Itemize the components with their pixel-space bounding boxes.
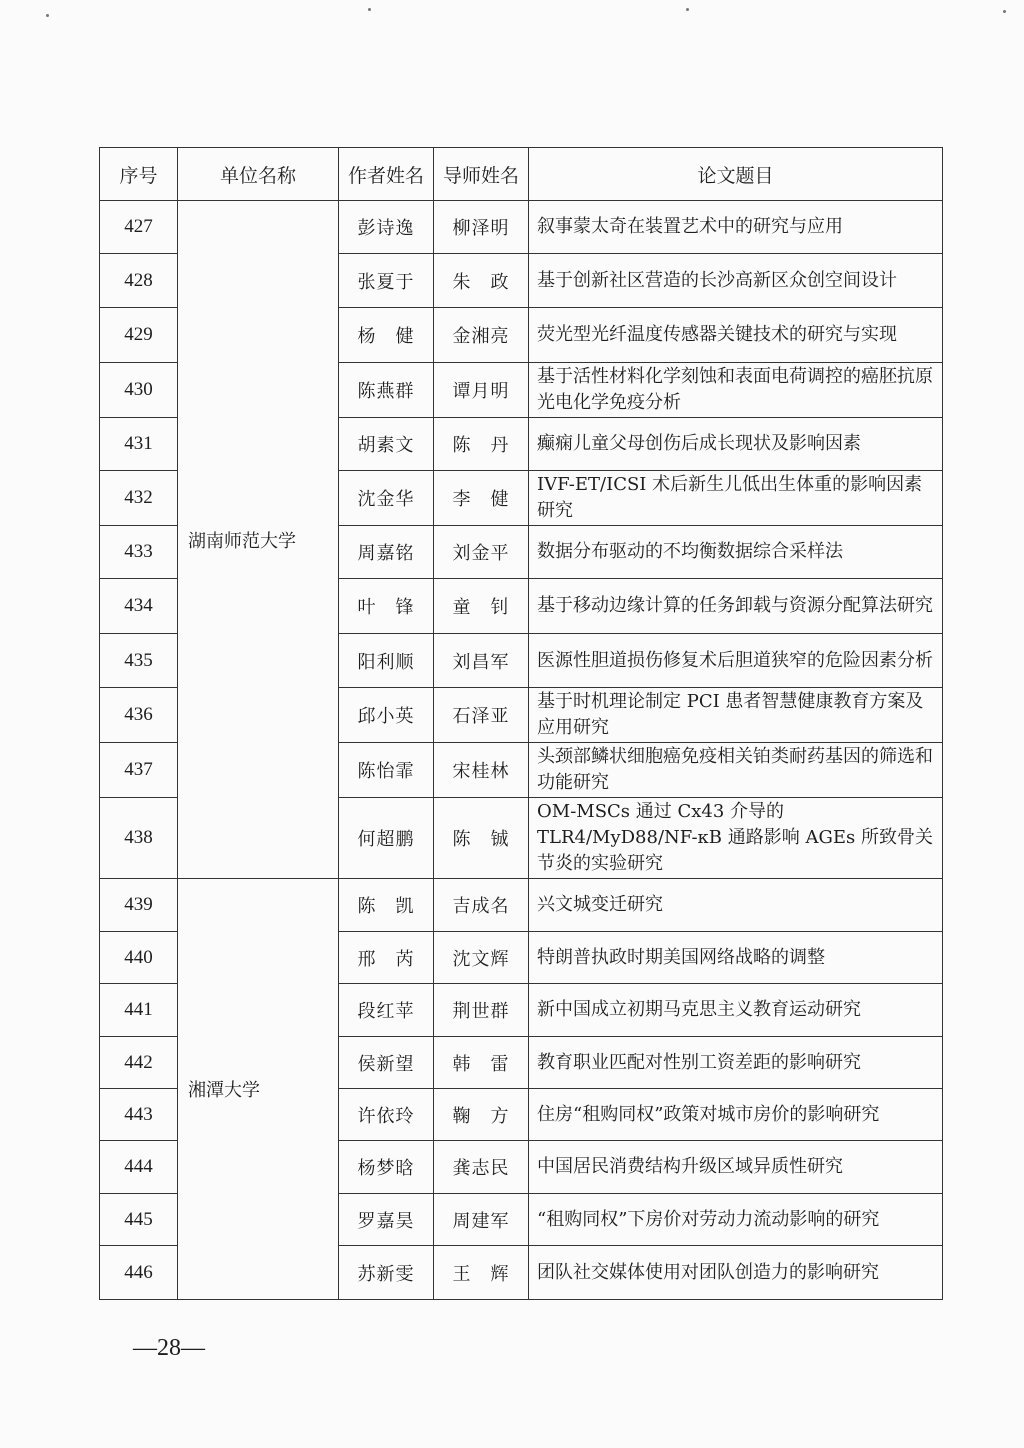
serial-number-cell: 427: [100, 201, 178, 254]
thesis-title-cell: 荧光型光纤温度传感器关键技术的研究与实现: [529, 308, 943, 363]
author-name-cell: 许依玲: [339, 1089, 434, 1141]
thesis-title-cell: 兴文城变迁研究: [529, 879, 943, 932]
table-header-row: 序号 单位名称 作者姓名 导师姓名 论文题目: [100, 148, 943, 201]
author-name-cell: 邱小英: [339, 688, 434, 743]
author-name-cell: 何超鹏: [339, 798, 434, 879]
advisor-name-cell: 荆世群: [434, 984, 529, 1037]
header-advisor: 导师姓名: [434, 148, 529, 201]
serial-number-cell: 445: [100, 1194, 178, 1246]
author-name-cell: 周嘉铭: [339, 526, 434, 579]
thesis-title-cell: 特朗普执政时期美国网络战略的调整: [529, 932, 943, 984]
author-name-cell: 苏新雯: [339, 1246, 434, 1300]
advisor-name-cell: 周建军: [434, 1194, 529, 1246]
advisor-name-cell: 朱 政: [434, 254, 529, 308]
advisor-name-cell: 龚志民: [434, 1141, 529, 1194]
serial-number-cell: 434: [100, 579, 178, 634]
author-name-cell: 叶 锋: [339, 579, 434, 634]
advisor-name-cell: 陈 丹: [434, 418, 529, 471]
thesis-title-cell: 叙事蒙太奇在装置艺术中的研究与应用: [529, 201, 943, 254]
author-name-cell: 罗嘉昊: [339, 1194, 434, 1246]
thesis-title-cell: 住房“租购同权”政策对城市房价的影响研究: [529, 1089, 943, 1141]
thesis-title-cell: 头颈部鳞状细胞癌免疫相关铂类耐药基因的筛选和功能研究: [529, 743, 943, 798]
advisor-name-cell: 韩 雷: [434, 1037, 529, 1089]
serial-number-cell: 432: [100, 471, 178, 526]
thesis-title-cell: 基于活性材料化学刻蚀和表面电荷调控的癌胚抗原光电化学免疫分析: [529, 363, 943, 418]
serial-number-cell: 431: [100, 418, 178, 471]
advisor-name-cell: 刘金平: [434, 526, 529, 579]
header-title: 论文题目: [529, 148, 943, 201]
serial-number-cell: 435: [100, 634, 178, 688]
serial-number-cell: 441: [100, 984, 178, 1037]
serial-number-cell: 428: [100, 254, 178, 308]
serial-number-cell: 446: [100, 1246, 178, 1300]
thesis-title-cell: 中国居民消费结构升级区域异质性研究: [529, 1141, 943, 1194]
serial-number-cell: 440: [100, 932, 178, 984]
author-name-cell: 沈金华: [339, 471, 434, 526]
table-row: 439湘潭大学陈 凯吉成名兴文城变迁研究: [100, 879, 943, 932]
advisor-name-cell: 石泽亚: [434, 688, 529, 743]
unit-name-cell: 湘潭大学: [178, 879, 339, 1300]
author-name-cell: 胡素文: [339, 418, 434, 471]
author-name-cell: 陈 凯: [339, 879, 434, 932]
serial-number-cell: 438: [100, 798, 178, 879]
thesis-title-cell: 新中国成立初期马克思主义教育运动研究: [529, 984, 943, 1037]
author-name-cell: 阳利顺: [339, 634, 434, 688]
thesis-table-container: 序号 单位名称 作者姓名 导师姓名 论文题目 427湖南师范大学彭诗逸柳泽明叙事…: [99, 147, 942, 1300]
table-body: 427湖南师范大学彭诗逸柳泽明叙事蒙太奇在装置艺术中的研究与应用428张夏于朱 …: [100, 201, 943, 1300]
table-row: 427湖南师范大学彭诗逸柳泽明叙事蒙太奇在装置艺术中的研究与应用: [100, 201, 943, 254]
thesis-table: 序号 单位名称 作者姓名 导师姓名 论文题目 427湖南师范大学彭诗逸柳泽明叙事…: [99, 147, 943, 1300]
advisor-name-cell: 陈 铖: [434, 798, 529, 879]
serial-number-cell: 444: [100, 1141, 178, 1194]
author-name-cell: 张夏于: [339, 254, 434, 308]
thesis-title-cell: OM-MSCs 通过 Cx43 介导的 TLR4/MyD88/NF-κB 通路影…: [529, 798, 943, 879]
author-name-cell: 邢 芮: [339, 932, 434, 984]
author-name-cell: 陈燕群: [339, 363, 434, 418]
thesis-title-cell: IVF-ET/ICSI 术后新生儿低出生体重的影响因素研究: [529, 471, 943, 526]
author-name-cell: 杨 健: [339, 308, 434, 363]
serial-number-cell: 430: [100, 363, 178, 418]
thesis-title-cell: 基于时机理论制定 PCI 患者智慧健康教育方案及应用研究: [529, 688, 943, 743]
thesis-title-cell: “租购同权”下房价对劳动力流动影响的研究: [529, 1194, 943, 1246]
serial-number-cell: 433: [100, 526, 178, 579]
advisor-name-cell: 王 辉: [434, 1246, 529, 1300]
unit-name-cell: 湖南师范大学: [178, 201, 339, 879]
advisor-name-cell: 鞠 方: [434, 1089, 529, 1141]
advisor-name-cell: 刘昌军: [434, 634, 529, 688]
advisor-name-cell: 李 健: [434, 471, 529, 526]
header-unit: 单位名称: [178, 148, 339, 201]
serial-number-cell: 442: [100, 1037, 178, 1089]
author-name-cell: 段红苹: [339, 984, 434, 1037]
header-author: 作者姓名: [339, 148, 434, 201]
thesis-title-cell: 教育职业匹配对性别工资差距的影响研究: [529, 1037, 943, 1089]
thesis-title-cell: 癫痫儿童父母创伤后成长现状及影响因素: [529, 418, 943, 471]
thesis-title-cell: 医源性胆道损伤修复术后胆道狭窄的危险因素分析: [529, 634, 943, 688]
serial-number-cell: 436: [100, 688, 178, 743]
thesis-title-cell: 基于移动边缘计算的任务卸载与资源分配算法研究: [529, 579, 943, 634]
advisor-name-cell: 沈文辉: [434, 932, 529, 984]
thesis-title-cell: 数据分布驱动的不均衡数据综合采样法: [529, 526, 943, 579]
author-name-cell: 侯新望: [339, 1037, 434, 1089]
author-name-cell: 陈怡霏: [339, 743, 434, 798]
serial-number-cell: 437: [100, 743, 178, 798]
scan-speck: [1003, 10, 1006, 13]
serial-number-cell: 429: [100, 308, 178, 363]
page-number: —28—: [133, 1335, 205, 1362]
scan-speck: [46, 14, 49, 17]
thesis-title-cell: 基于创新社区营造的长沙高新区众创空间设计: [529, 254, 943, 308]
advisor-name-cell: 童 钊: [434, 579, 529, 634]
scan-speck: [368, 8, 371, 11]
advisor-name-cell: 宋桂林: [434, 743, 529, 798]
author-name-cell: 彭诗逸: [339, 201, 434, 254]
serial-number-cell: 439: [100, 879, 178, 932]
serial-number-cell: 443: [100, 1089, 178, 1141]
advisor-name-cell: 金湘亮: [434, 308, 529, 363]
scan-speck: [686, 8, 689, 11]
author-name-cell: 杨梦晗: [339, 1141, 434, 1194]
advisor-name-cell: 谭月明: [434, 363, 529, 418]
advisor-name-cell: 吉成名: [434, 879, 529, 932]
thesis-title-cell: 团队社交媒体使用对团队创造力的影响研究: [529, 1246, 943, 1300]
header-serial: 序号: [100, 148, 178, 201]
advisor-name-cell: 柳泽明: [434, 201, 529, 254]
